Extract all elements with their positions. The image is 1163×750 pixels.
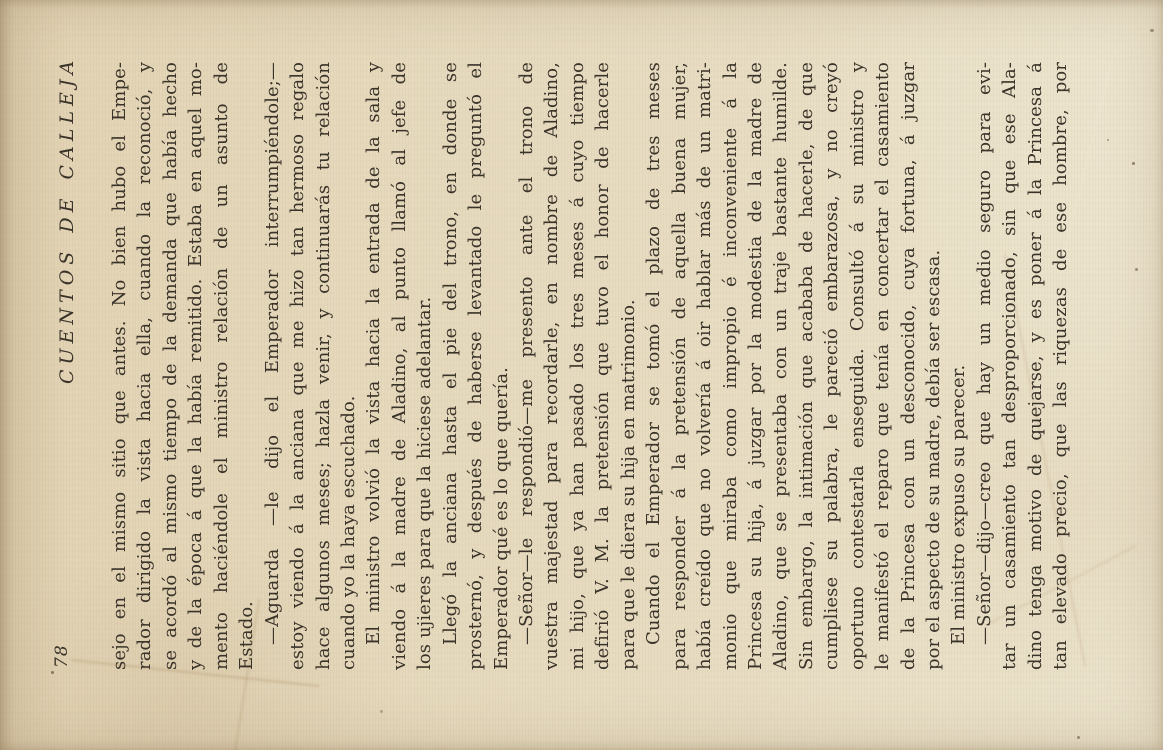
scanned-book-page: 78 CUENTOS DE CALLEJA sejo en el mismo s…	[0, 0, 1163, 750]
scan-vignette	[0, 0, 1163, 750]
